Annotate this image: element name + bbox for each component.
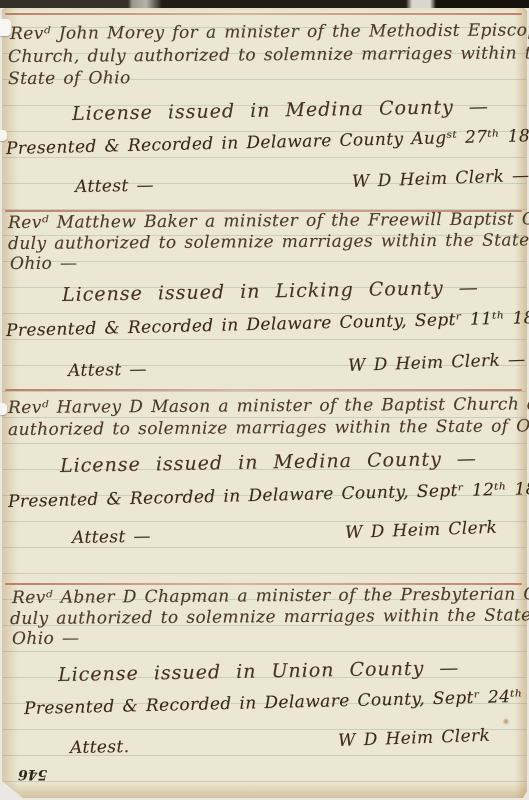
attest-label: Attest. (70, 737, 130, 758)
recorded-line: Presented & Recorded in Delaware County,… (24, 686, 529, 719)
scanned-ledger-page: Revᵈ John Morey for a minister of the Me… (0, 0, 529, 800)
entry-body-line: Ohio — (12, 629, 80, 649)
clerk-signature: W D Heim Clerk (338, 726, 491, 751)
license-line: License issued in Union County — (58, 657, 460, 686)
entry-body-line: duly authorized to solemnize marriages w… (10, 605, 529, 629)
page-number: 546 (18, 766, 47, 782)
ledger-entry-4: Revᵈ Abner D Chapman a minister of the P… (0, 0, 529, 800)
entry-body-line: Revᵈ Abner D Chapman a minister of the P… (12, 584, 529, 608)
